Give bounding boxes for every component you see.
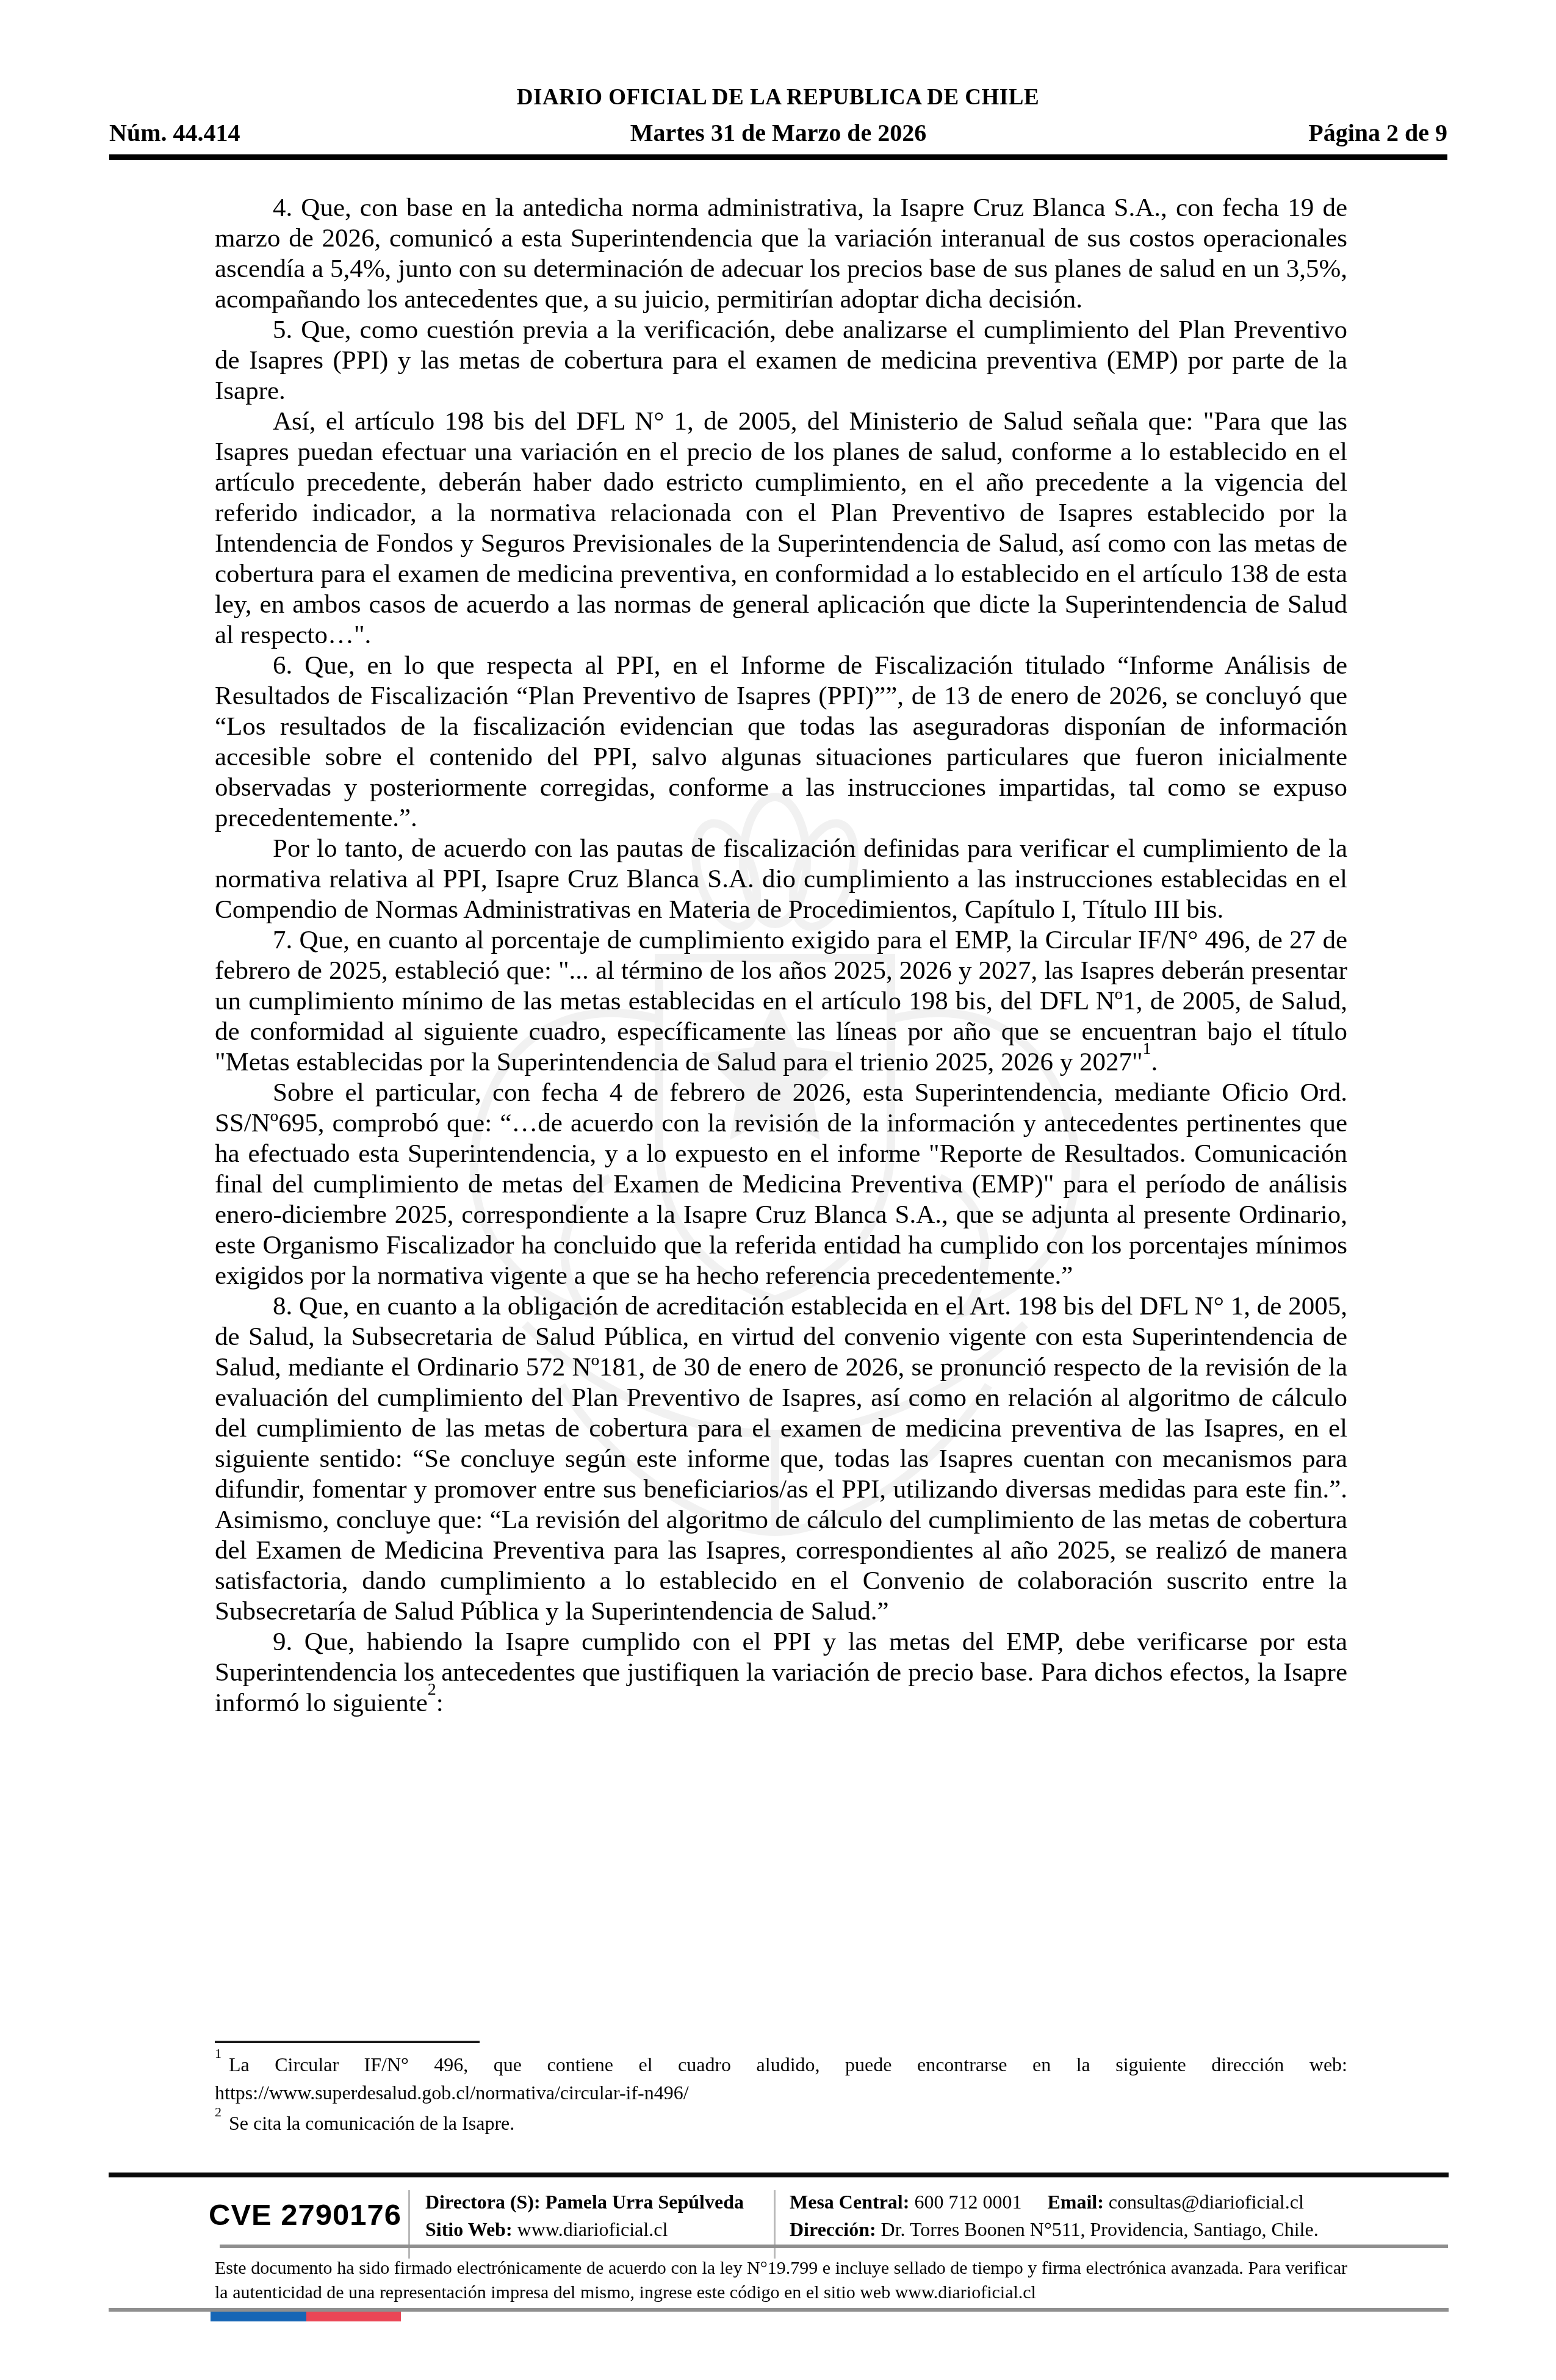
body-paragraph: Por lo tanto, de acuerdo con las pautas … (215, 834, 1347, 925)
footer-middle-rule (220, 2245, 1448, 2248)
flag-blue (211, 2312, 306, 2321)
footnote-marker: 1 (215, 2046, 222, 2061)
footnote-separator (215, 2041, 480, 2043)
footer-contact-block: Mesa Central: 600 712 0001Email: consult… (790, 2188, 1319, 2243)
director-label: Directora (S): (425, 2191, 541, 2213)
body-paragraph: 8. Que, en cuanto a la obligación de acr… (215, 1291, 1347, 1627)
document-page: DIARIO OFICIAL DE LA REPUBLICA DE CHILE … (0, 0, 1556, 2380)
website-value: www.diarioficial.cl (517, 2218, 668, 2240)
footer-divider (774, 2190, 776, 2259)
page-indicator: Página 2 de 9 (1308, 118, 1447, 147)
email-value: consultas@diarioficial.cl (1109, 2191, 1304, 2213)
edition-date: Martes 31 de Marzo de 2026 (109, 118, 1447, 147)
footnote-ref: 1 (1143, 1039, 1151, 1058)
footnote: 1La Circular IF/N° 496, que contiene el … (215, 2050, 1347, 2107)
footnote: 2Se cita la comunicación de la Isapre. (215, 2109, 1347, 2137)
phone-email-line: Mesa Central: 600 712 0001Email: consult… (790, 2188, 1319, 2216)
body-paragraph: 9. Que, habiendo la Isapre cumplido con … (215, 1627, 1347, 1718)
website-label: Sitio Web: (425, 2218, 513, 2240)
resolution-body: 4. Que, con base en la antedicha norma a… (215, 193, 1347, 1718)
body-paragraph: 6. Que, en lo que respecta al PPI, en el… (215, 651, 1347, 834)
flag-red (306, 2312, 401, 2321)
body-paragraph: 7. Que, en cuanto al porcentaje de cumpl… (215, 925, 1347, 1078)
footer-top-rule (109, 2173, 1449, 2177)
header-row: Núm. 44.414 Martes 31 de Marzo de 2026 P… (109, 118, 1447, 150)
chile-flag-bar (211, 2312, 401, 2321)
footnote-marker: 2 (215, 2104, 222, 2119)
cve-code: CVE 2790176 (209, 2198, 402, 2232)
website-line: Sitio Web: www.diarioficial.cl (425, 2216, 744, 2243)
director-line: Directora (S): Pamela Urra Sepúlveda (425, 2188, 744, 2216)
footnote-ref: 2 (428, 1680, 436, 1699)
footnotes-section: 1La Circular IF/N° 496, que contiene el … (215, 2050, 1347, 2137)
phone-label: Mesa Central: (790, 2191, 909, 2213)
email-label: Email: (1047, 2191, 1103, 2213)
body-paragraph: Así, el artículo 198 bis del DFL N° 1, d… (215, 406, 1347, 651)
footer-director-block: Directora (S): Pamela Urra Sepúlveda Sit… (425, 2188, 744, 2243)
phone-value: 600 712 0001 (914, 2191, 1021, 2213)
director-name (541, 2191, 546, 2213)
body-paragraph: 5. Que, como cuestión previa a la verifi… (215, 315, 1347, 406)
address-line: Dirección: Dr. Torres Boonen N°511, Prov… (790, 2216, 1319, 2243)
body-paragraph: 4. Que, con base en la antedicha norma a… (215, 193, 1347, 315)
newspaper-title: DIARIO OFICIAL DE LA REPUBLICA DE CHILE (0, 84, 1556, 110)
header-rule (109, 154, 1447, 160)
body-paragraph: Sobre el particular, con fecha 4 de febr… (215, 1078, 1347, 1291)
signature-disclaimer: Este documento ha sido firmado electróni… (215, 2256, 1347, 2305)
address-value: Dr. Torres Boonen N°511, Providencia, Sa… (881, 2218, 1319, 2240)
address-label: Dirección: (790, 2218, 876, 2240)
footer-divider (408, 2190, 410, 2259)
